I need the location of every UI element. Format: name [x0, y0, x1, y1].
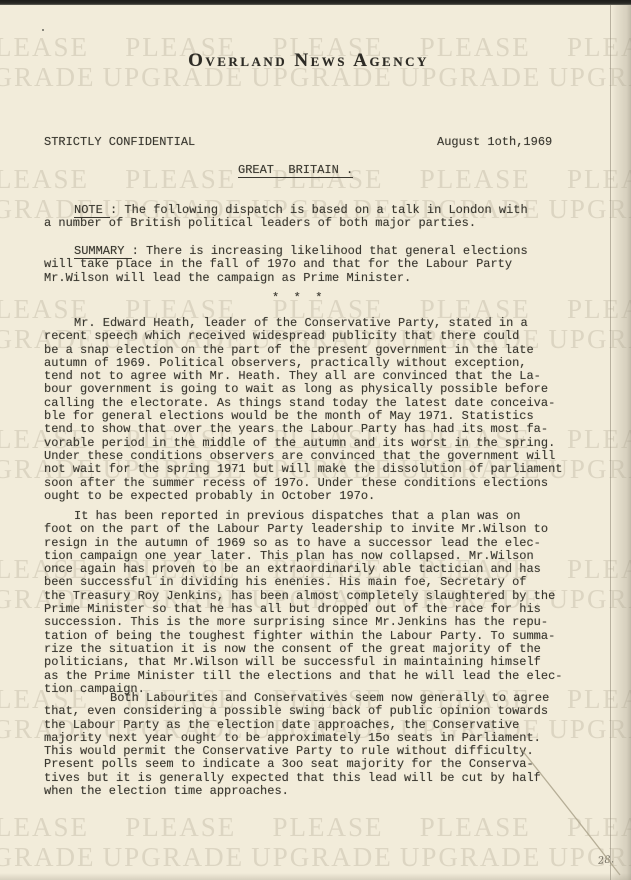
- section-separator-stars: * * *: [272, 292, 322, 305]
- scanned-document-page: PLEASEPLEASEPLEASEPLEASEPLEASEUPGRADEUPG…: [0, 0, 631, 880]
- summary-paragraph: SUMMARY : There is increasing likelihood…: [44, 245, 604, 285]
- country-headline: GREAT BRITAIN .: [238, 164, 353, 177]
- body-paragraph-2: It has been reported in previous dispatc…: [44, 510, 604, 696]
- document-content: Overland News Agency STRICTLY CONFIDENTI…: [0, 0, 631, 880]
- classification-label: STRICTLY CONFIDENTIAL: [44, 136, 195, 149]
- agency-title: Overland News Agency: [0, 50, 617, 72]
- body-paragraph-1: Mr. Edward Heath, leader of the Conserva…: [44, 317, 604, 503]
- paper-bottom-edge: [0, 873, 631, 880]
- dateline: August 1oth,1969: [437, 136, 552, 149]
- paper-speck: [42, 29, 44, 31]
- country-headline-text: GREAT BRITAIN .: [238, 163, 353, 178]
- scan-top-edge: [0, 0, 631, 5]
- note-text: : The following dispatch is based on a t…: [44, 203, 528, 230]
- body-paragraph-3: Both Labourites and Conservatives seem n…: [44, 692, 604, 798]
- note-paragraph: NOTE : The following dispatch is based o…: [44, 204, 604, 231]
- paper-right-edge: [610, 0, 631, 880]
